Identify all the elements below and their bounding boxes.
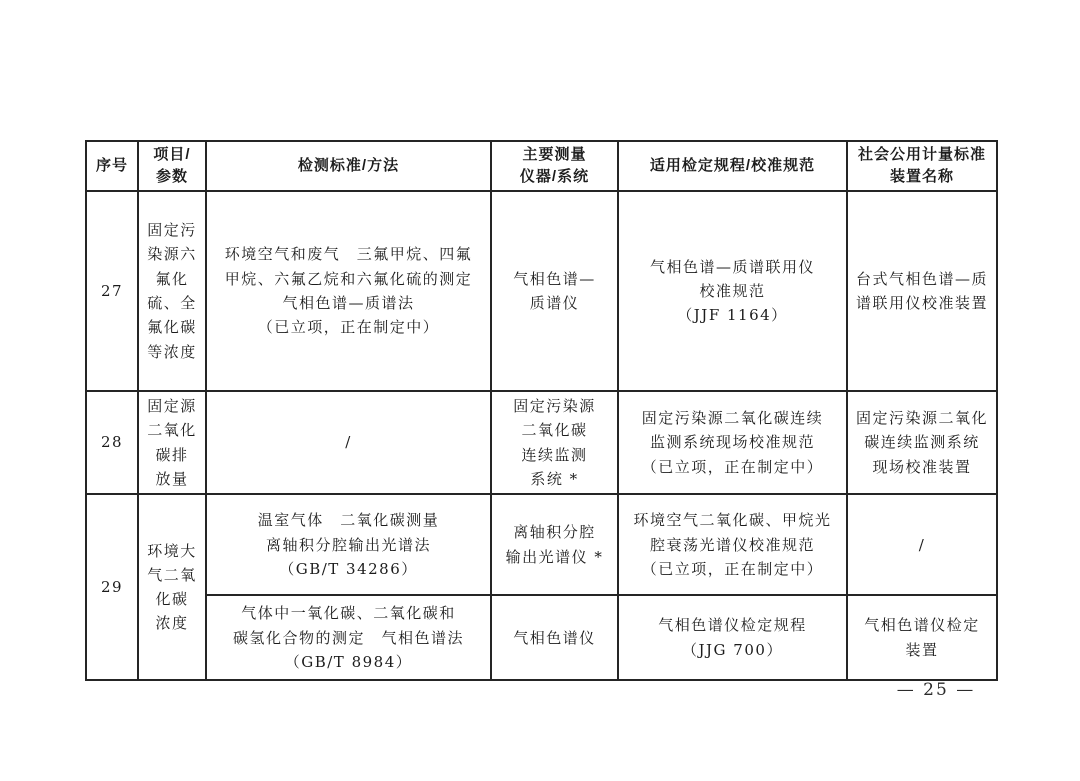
cell-28-regulation: 固定污染源二氧化碳连续 监测系统现场校准规范 （已立项，正在制定中） <box>618 391 847 494</box>
header-regulation: 适用检定规程/校准规范 <box>618 141 847 191</box>
cell-29-param: 环境大 气二氧 化碳 浓度 <box>138 494 206 680</box>
header-param: 项目/ 参数 <box>138 141 206 191</box>
metrology-standards-table: 序号 项目/ 参数 检测标准/方法 主要测量 仪器/系统 适用检定规程/校准规范… <box>85 140 998 681</box>
cell-27-standard: 环境空气和废气 三氟甲烷、四氟 甲烷、六氟乙烷和六氟化硫的测定 气相色谱—质谱法… <box>206 191 491 391</box>
cell-27-num: 27 <box>86 191 138 391</box>
cell-27-instrument: 气相色谱— 质谱仪 <box>491 191 618 391</box>
cell-28-param: 固定源 二氧化 碳排 放量 <box>138 391 206 494</box>
table-header-row: 序号 项目/ 参数 检测标准/方法 主要测量 仪器/系统 适用检定规程/校准规范… <box>86 141 997 191</box>
cell-28-num: 28 <box>86 391 138 494</box>
cell-27-param: 固定污 染源六 氟化 硫、全 氟化碳 等浓度 <box>138 191 206 391</box>
cell-29a-instrument: 离轴积分腔 输出光谱仪 * <box>491 494 618 595</box>
cell-27-regulation: 气相色谱—质谱联用仪 校准规范 （JJF 1164） <box>618 191 847 391</box>
cell-29a-standard: 温室气体 二氧化碳测量 离轴积分腔输出光谱法 （GB/T 34286） <box>206 494 491 595</box>
page-number: — 25 — <box>878 680 994 700</box>
header-device: 社会公用计量标准 装置名称 <box>847 141 997 191</box>
cell-29a-regulation: 环境空气二氧化碳、甲烷光 腔衰荡光谱仪校准规范 （已立项，正在制定中） <box>618 494 847 595</box>
table-row-29-sub2: 气体中一氧化碳、二氧化碳和 碳氢化合物的测定 气相色谱法 （GB/T 8984）… <box>86 595 997 680</box>
header-index: 序号 <box>86 141 138 191</box>
cell-29b-regulation: 气相色谱仪检定规程 （JJG 700） <box>618 595 847 680</box>
table-row-29-sub1: 29 环境大 气二氧 化碳 浓度 温室气体 二氧化碳测量 离轴积分腔输出光谱法 … <box>86 494 997 595</box>
cell-28-device: 固定污染源二氧化 碳连续监测系统 现场校准装置 <box>847 391 997 494</box>
cell-29a-device: / <box>847 494 997 595</box>
cell-29-num: 29 <box>86 494 138 680</box>
cell-28-instrument: 固定污染源 二氧化碳 连续监测 系统 * <box>491 391 618 494</box>
header-instrument: 主要测量 仪器/系统 <box>491 141 618 191</box>
cell-29b-device: 气相色谱仪检定 装置 <box>847 595 997 680</box>
table-row-28: 28 固定源 二氧化 碳排 放量 / 固定污染源 二氧化碳 连续监测 系统 * … <box>86 391 997 494</box>
header-standard: 检测标准/方法 <box>206 141 491 191</box>
cell-29b-standard: 气体中一氧化碳、二氧化碳和 碳氢化合物的测定 气相色谱法 （GB/T 8984） <box>206 595 491 680</box>
cell-27-device: 台式气相色谱—质 谱联用仪校准装置 <box>847 191 997 391</box>
table-row-27: 27 固定污 染源六 氟化 硫、全 氟化碳 等浓度 环境空气和废气 三氟甲烷、四… <box>86 191 997 391</box>
cell-28-standard: / <box>206 391 491 494</box>
document-page: 序号 项目/ 参数 检测标准/方法 主要测量 仪器/系统 适用检定规程/校准规范… <box>0 0 1080 781</box>
cell-29b-instrument: 气相色谱仪 <box>491 595 618 680</box>
